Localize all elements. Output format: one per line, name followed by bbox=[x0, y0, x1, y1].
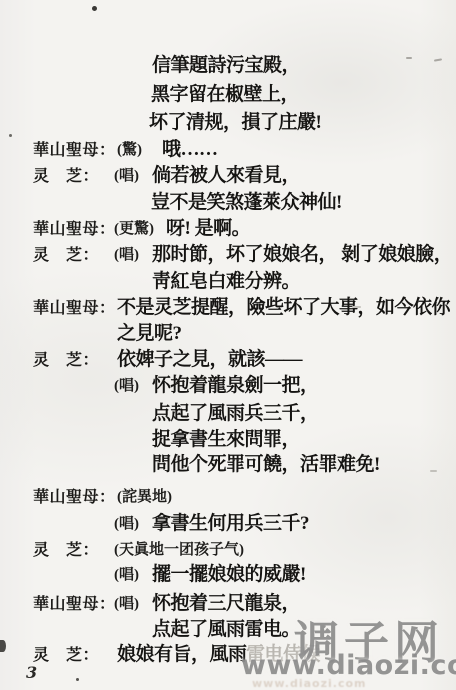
script-line: 捉拿書生來問罪， bbox=[0, 427, 456, 451]
dialogue-text: 呀! 是啊。 bbox=[166, 213, 250, 240]
stage-direction: (唱) bbox=[114, 592, 139, 613]
script-line: 華山聖母：(驚)哦…… bbox=[0, 137, 456, 161]
speaker-name: 灵 芝： bbox=[33, 537, 99, 560]
stage-direction: (唱) bbox=[114, 512, 139, 533]
ink-speck bbox=[352, 306, 361, 308]
dialogue-text: 靑紅皂白难分辨。 bbox=[152, 266, 300, 293]
script-line: 華山聖母：不是灵芝提醒，險些坏了大事，如今依你 bbox=[0, 295, 456, 319]
ink-speck bbox=[406, 57, 412, 59]
speaker-name: 華山聖母： bbox=[33, 295, 116, 318]
stage-direction: (驚) bbox=[117, 138, 142, 159]
script-line: 信筆題詩污宝殿， bbox=[0, 53, 456, 77]
dialogue-text: 怀抱着龍泉劍一把， bbox=[152, 370, 319, 397]
dialogue-text: 怀抱着三尺龍泉， bbox=[152, 588, 300, 615]
script-line: (唱)拿書生何用兵三千? bbox=[0, 511, 456, 535]
dialogue-text: 黑字留在椒壁上， bbox=[151, 79, 299, 106]
ink-speck bbox=[430, 470, 437, 472]
script-line: 灵 芝：依婢子之見，就該—— bbox=[0, 347, 456, 371]
script-line: 華山聖母：(更驚)呀! 是啊。 bbox=[0, 216, 456, 240]
speaker-name: 華山聖母： bbox=[33, 216, 116, 239]
dialogue-text: 点起了風雨雷电。 bbox=[152, 614, 300, 641]
dialogue-text: 娘娘有旨，風雨 bbox=[117, 639, 247, 666]
ink-speck bbox=[0, 640, 6, 652]
dialogue-text: 豈不是笑煞蓬萊众神仙! bbox=[151, 187, 342, 214]
dialogue-text: 捉拿書生來問罪， bbox=[152, 424, 300, 451]
speaker-name: 灵 芝： bbox=[33, 642, 99, 665]
speaker-name: 華山聖母： bbox=[33, 591, 116, 614]
dialogue-text: 拿書生何用兵三千? bbox=[152, 508, 309, 535]
speaker-name: 華山聖母： bbox=[33, 484, 116, 507]
script-line: 問他个死罪可饒，活罪难免! bbox=[0, 452, 456, 476]
speaker-name: 灵 芝： bbox=[33, 242, 99, 265]
page-number: 3 bbox=[26, 663, 37, 682]
watermark-echo: www.diaozi.com bbox=[252, 677, 366, 690]
stage-direction: (更驚) bbox=[114, 217, 154, 238]
dialogue-text: 那时節，坏了娘娘名， 剝了娘娘臉， bbox=[152, 239, 452, 266]
script-line: 靑紅皂白难分辨。 bbox=[0, 269, 456, 293]
script-line: (唱)擺一擺娘娘的威嚴! bbox=[0, 562, 456, 586]
dialogue-text: 坏了清规，損了庄嚴! bbox=[149, 107, 321, 134]
speaker-name: 灵 芝： bbox=[33, 347, 99, 370]
script-line: 華山聖母：(詫異地) bbox=[0, 484, 456, 508]
dialogue-text: 問他个死罪可饒，活罪难免! bbox=[152, 449, 380, 476]
stage-direction: (詫異地) bbox=[117, 485, 172, 506]
ink-speck bbox=[76, 678, 79, 681]
script-line: 灵 芝：(唱)倘若被人來看見， bbox=[0, 163, 456, 187]
script-line: 灵 芝：(天眞地一团孩子气) bbox=[0, 537, 456, 561]
script-line: 豈不是笑煞蓬萊众神仙! bbox=[0, 190, 456, 214]
stage-direction: (唱) bbox=[114, 243, 139, 264]
dialogue-text: 信筆題詩污宝殿， bbox=[152, 50, 300, 77]
stage-direction: (唱) bbox=[114, 563, 139, 584]
ink-speck bbox=[9, 134, 12, 137]
dialogue-text: 擺一擺娘娘的威嚴! bbox=[152, 559, 306, 586]
scanned-script-page: 信筆題詩污宝殿，黑字留在椒壁上，坏了清规，損了庄嚴!華山聖母：(驚)哦……灵 芝… bbox=[0, 0, 456, 690]
script-line: 坏了清规，損了庄嚴! bbox=[0, 110, 456, 134]
stage-direction: (唱) bbox=[114, 164, 139, 185]
dialogue-text: 哦…… bbox=[162, 134, 218, 161]
script-line: 之見呢? bbox=[0, 321, 456, 345]
speaker-name: 灵 芝： bbox=[33, 163, 99, 186]
dialogue-text: 不是灵芝提醒，險些坏了大事，如今依你 bbox=[117, 292, 450, 319]
dialogue-text: 点起了風雨兵三千， bbox=[152, 398, 319, 425]
script-line: (唱)怀抱着龍泉劍一把， bbox=[0, 373, 456, 397]
script-line: 灵 芝：(唱)那时節，坏了娘娘名， 剝了娘娘臉， bbox=[0, 242, 456, 266]
speaker-name: 華山聖母： bbox=[33, 137, 116, 160]
stage-direction: (唱) bbox=[114, 374, 139, 395]
dialogue-text: 之見呢? bbox=[117, 318, 182, 345]
dialogue-text: 依婢子之見，就該—— bbox=[117, 344, 302, 371]
stage-direction: (天眞地一团孩子气) bbox=[114, 538, 244, 559]
ink-speck bbox=[92, 6, 97, 11]
script-line: 黑字留在椒壁上， bbox=[0, 82, 456, 106]
dialogue-text: 倘若被人來看見， bbox=[152, 160, 300, 187]
script-line: 点起了風雨兵三千， bbox=[0, 401, 456, 425]
